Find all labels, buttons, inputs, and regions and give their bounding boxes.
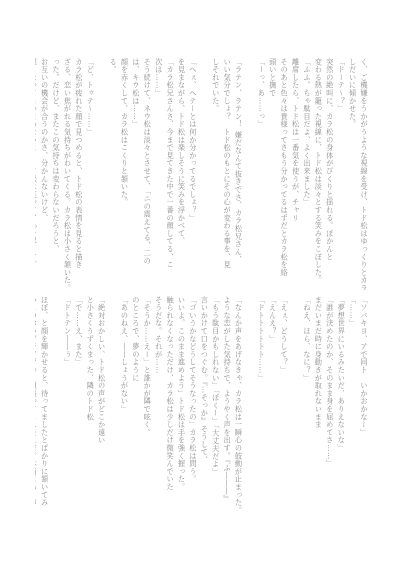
text-column: 触られなくなっただけ、カラ松は少しだけ微笑んでいた [165,296,176,526]
text-column: のところで、夢のように [130,296,141,526]
text-column: ような恋がした気持ちで、ようやく声を出す。『ふ―――』 [222,296,233,526]
text-column: 遅くなってもかまわないよ」トド松は笑って、心を尽くす。 [35,58,39,290]
text-column: く、ご機嫌をうかがうような視線を受け、トド松はゆっくりとカラ松の身を [359,58,370,290]
text-column: ほぼ、と顔を輝かせると、待ってましたとばかりに頷いてみ [39,296,50,526]
text-column: いいよ。このまま進めよう」トド松は手を強く握った。 [176,296,187,526]
text-column: しそれでいた。 [210,58,221,290]
text-tier-top: く、ご機嫌をうかがうような視線を受け、トド松はゆっくりとカラ松の身をしだいに傾か… [35,58,370,290]
text-column: 突然の絶叫に、カラ松の身体がびくりと揺れる。ぽかんと [324,58,335,290]
text-column [199,58,210,290]
document-page: く、ご機嫌をうかがうような視線を受け、トド松はゆっくりとカラ松の身をしだいに傾か… [0,0,400,564]
text-column: 「えぇ、どうして？」 [279,296,290,526]
text-column: 「ソバキヨ、アで同ト いかおかなー」 [359,296,370,526]
text-column: 「そうか……えー」と誰かが隣で呟く。 [142,296,153,526]
text-column: る。 [108,58,119,290]
text-column: 「ふふ。ちゃ駄目だよ、よく出来ました」 [302,58,313,290]
text-column: いい気分でしょ？ トド松のもとにその心が変わる事を、見 [222,58,233,290]
text-column: 「ど、トゥテ～……」 [85,58,96,290]
text-column: 「ーっ、あ……っ」 [256,58,267,290]
text-column: 変わる熱が籠った視線に、トド松は淡々とする笑みをこぼした。 [313,58,324,290]
text-column: まだいまだ時に身動きが取れないまま [313,296,324,526]
text-column: お互いの機会が合うのかさ、分かんないけど、 [39,58,50,290]
text-column: 「えんえ？」 [267,296,278,526]
text-column: 「ラテン、ラテン！ 嫌だなんて抜きでさ、カラ松兄さん、 [233,58,244,290]
text-column: カラ松が疲れた顔で見つめると、トド松の表情を見ると描き [73,58,84,290]
text-column: 「あのねえ、――しょうがない」 [119,296,130,526]
text-column: 「ゴいうかなどうしてそうなったの」カラ松は問う。 [188,296,199,526]
text-column: 「ドトテン――ぅ」 [62,296,73,526]
text-column: 「……」 [347,296,358,526]
text-column: そうだな。それが…… [153,296,164,526]
text-column: 「ねえ、ほら、なに？」 [302,296,313,526]
text-column: 「もう駄目かもしれない」「ぼくー」「大丈夫だよ」 [210,296,221,526]
text-column: そのあと色々は貴様ってさもう分かってるはずだとカラ松を絡 [279,58,290,290]
text-column: 「絶対おかしい、トド松の声がどこか遠い [96,296,107,526]
text-column: ざる、恋い焦がれる気持ちがわいてくる。カラ松は小さく頷いた。 [62,58,73,290]
text-column [51,296,62,526]
text-column: を見まながら、トド松は楽しそうに笑みを浮かべて、 [176,58,187,290]
text-column: と小さくうずくまった、隣のトド松 [85,296,96,526]
text-column: 言いかけて口をつぐむ。『…そっか』そうして、 [199,296,210,526]
text-column: 頭いと撫で [267,58,278,290]
text-column [245,58,256,290]
text-column: 「誰が決めたのか、そのまま身を屈めてさ……」 [324,296,335,526]
text-column: そう続けて、ネウ松は淡々とさせて、「ニの震えてる、二の [142,58,153,290]
text-column: は、キウ松は……」 [130,58,141,290]
text-tier-bottom: 「ソバキヨ、アで同ト いかおかなー」「……」「夢想世界にいるみたいだ、ありえない… [35,296,370,526]
text-column: 「ドトトトトトト……」 [256,296,267,526]
text-column: った。だけど、またこの気持ちは変わらないだろうと、 [51,58,62,290]
text-column [96,58,107,290]
text-column: 「ドーテ～？」 [336,58,347,290]
text-column [245,296,256,526]
text-column: しだいに傾かせた。 [347,58,358,290]
text-column: 顔を赤くして、カラ松はこくりと頷いた。 [119,58,130,290]
text-column [108,296,119,526]
text-column: 「で……え、また」 [73,296,84,526]
text-column: 次は……」 [153,58,164,290]
text-column: 離席したら、トド松は一番気を使うが、チャリ [290,58,301,290]
text-column: かこのおかげで、ずっと頑張ってこれたんだ。本当にありがとう [35,296,39,526]
text-column: 「カラ松兄さんさ、今まで見てきた中で一番の顔してる、こ [165,58,176,290]
text-column: 「へぇ、へテーとは何か分かってるでしょ？」 [188,58,199,290]
text-column: 「なんか声をあげなきゃ、カラ松は一瞬心の鼓動が止まった。 [233,296,244,526]
text-column [290,296,301,526]
text-column: 「夢想世界にいるみたいだ、ありえないな」 [336,296,347,526]
